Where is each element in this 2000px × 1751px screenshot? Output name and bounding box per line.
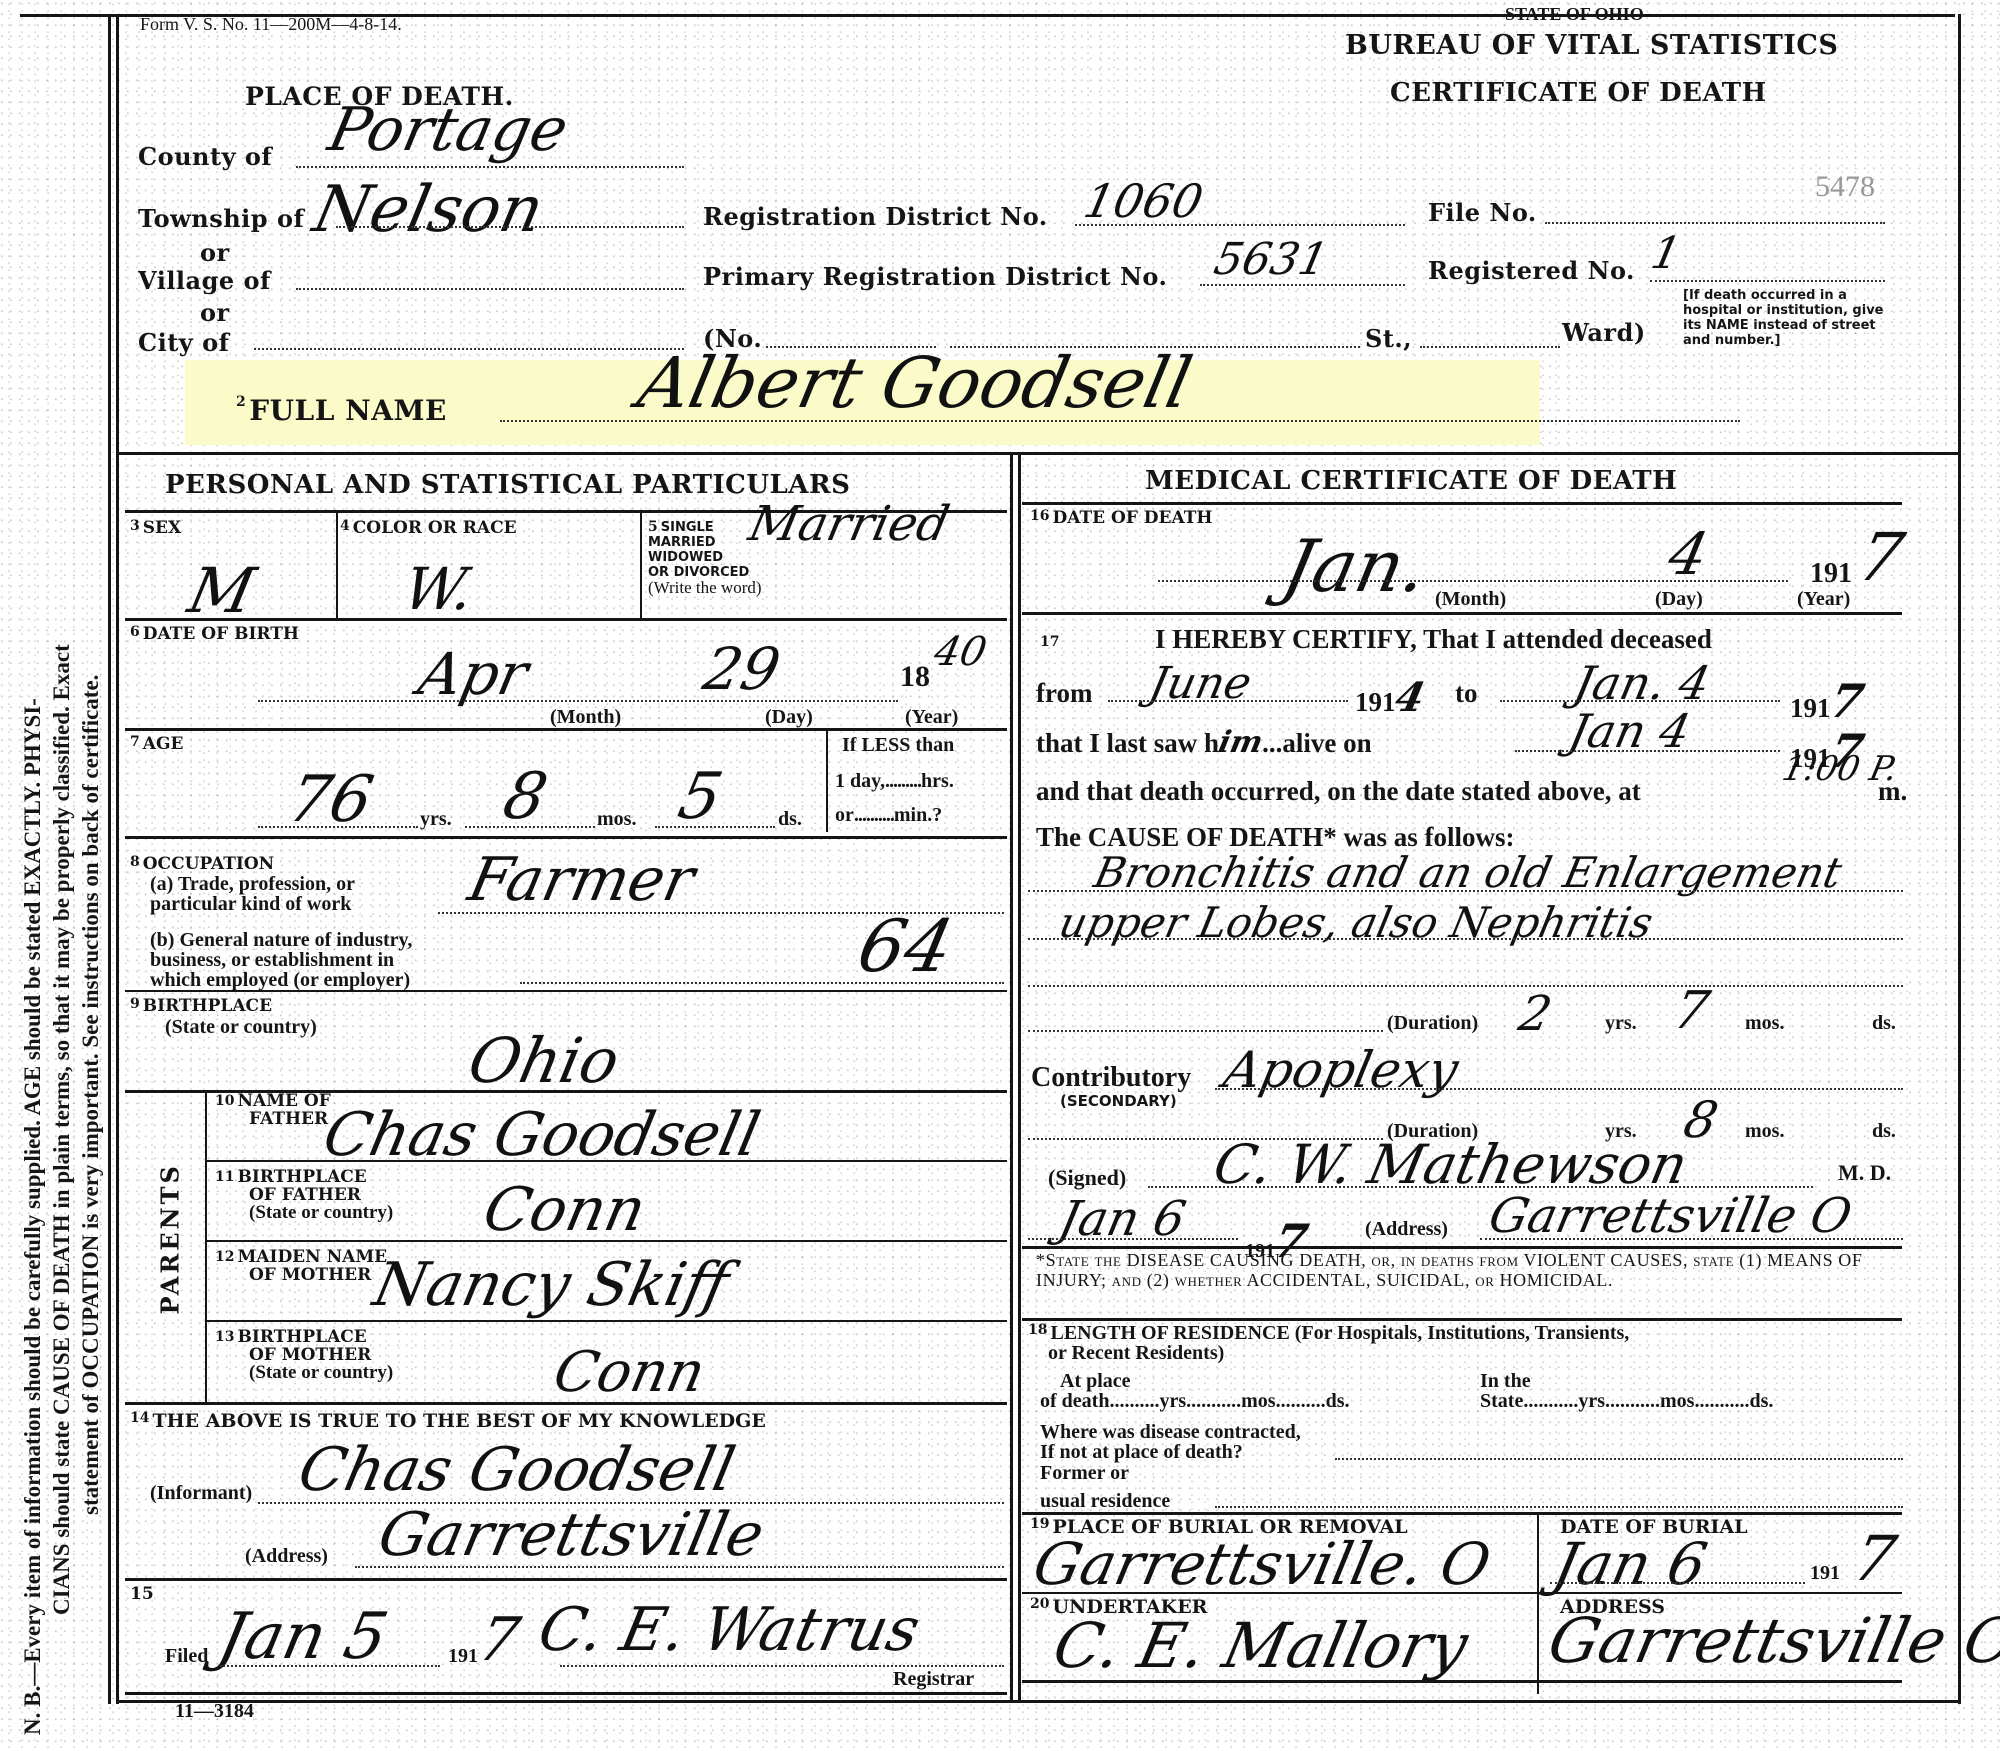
duration-years-value[interactable]: 2 [1515, 990, 1556, 1038]
certificate-title: CERTIFICATE OF DEATH [1390, 78, 1767, 108]
filed-date-value[interactable]: Jan 5 [213, 1605, 393, 1669]
usual-residence-label: usual residence [1040, 1490, 1170, 1513]
age-days-value[interactable]: 5 [673, 765, 727, 829]
street-label: St., [1365, 324, 1412, 353]
mother-name-value[interactable]: Nancy Skiff [369, 1255, 734, 1315]
registered-no-value: 1 [1647, 232, 1684, 276]
bureau-heading: BUREAU OF VITAL STATISTICS [1345, 30, 1838, 61]
occupation-a-value[interactable]: Farmer [464, 850, 700, 910]
to-label: to [1455, 678, 1478, 709]
form-number: Form V. S. No. 11—200M—4-8-14. [140, 14, 402, 35]
undertaker-address-value[interactable]: Garrettsville O [1543, 1610, 2000, 1672]
death-certificate: N. B.—Every item of information should b… [0, 0, 2000, 1751]
registrar-label: Registrar [893, 1668, 974, 1691]
state-heading: STATE OF OHIO [1505, 4, 1644, 25]
dob-day-value[interactable]: 29 [699, 640, 785, 698]
burial-place-value[interactable]: Garrettsville. O [1029, 1535, 1496, 1593]
from-year: 1914 [1355, 678, 1423, 718]
occurred-m: m. [1878, 776, 1907, 807]
age-yrs-caption: yrs. [420, 808, 452, 831]
filed-year-value[interactable]: 7 [474, 1610, 525, 1670]
form-code: 11—3184 [175, 1700, 254, 1723]
dod-year-caption: (Year) [1797, 588, 1850, 611]
dod-year-value[interactable]: 7 [1853, 525, 1909, 591]
informant-address-label: (Address) [245, 1545, 328, 1568]
city-label: City of [138, 328, 229, 357]
father-birthplace-value[interactable]: Conn [479, 1180, 651, 1240]
informant-statement: 14THE ABOVE IS TRUE TO THE BEST OF MY KN… [130, 1410, 766, 1432]
hospital-note: [If death occurred in a hospital or inst… [1683, 288, 1893, 348]
county-label: County of [138, 142, 272, 171]
dod-month-value[interactable]: Jan. [1277, 530, 1433, 602]
contrib-mos-caption: mos. [1745, 1120, 1784, 1143]
signed-address-label: (Address) [1365, 1218, 1448, 1241]
dob-day-caption: (Day) [765, 706, 813, 729]
dod-day-value[interactable]: 4 [1664, 525, 1713, 583]
full-name-value[interactable]: Albert Goodsell [633, 348, 1198, 418]
file-no-label: File No. [1428, 198, 1537, 227]
signed-physician-value[interactable]: C. W. Mathewson [1209, 1138, 1692, 1192]
signed-address-value[interactable]: Garrettsville O [1485, 1192, 1856, 1240]
occurred-text: and that death occurred, on the date sta… [1036, 776, 1641, 807]
to-year: 1917 [1790, 678, 1863, 724]
occupation-b-label: (b) General nature of industry, business… [150, 930, 412, 990]
duration-months-value[interactable]: 7 [1669, 985, 1713, 1037]
full-name-label: 2FULL NAME [236, 394, 447, 427]
parents-side-label: PARENTS [156, 1175, 185, 1315]
registration-district-value: 1060 [1080, 178, 1207, 224]
at-place-death-label: of death..........yrs...........mos.....… [1040, 1390, 1349, 1413]
age-label: 7AGE [130, 734, 183, 754]
contributory-label: Contributory [1031, 1062, 1191, 1094]
from-label: from [1036, 678, 1092, 709]
registrar-value[interactable]: C. E. Watrus [534, 1600, 925, 1660]
center-divider-left [1010, 452, 1013, 1702]
side-instructions: N. B.—Every item of information should b… [18, 5, 105, 1735]
dob-label: 6DATE OF BIRTH [130, 624, 299, 644]
duration-label: (Duration) [1387, 1012, 1478, 1035]
birthplace-label: 9BIRTHPLACE [130, 996, 272, 1016]
informant-label: (Informant) [150, 1482, 252, 1505]
dod-month-caption: (Month) [1435, 588, 1506, 611]
filed-label: Filed [165, 1645, 208, 1668]
township-value: Nelson [308, 178, 549, 242]
race-value[interactable]: W. [399, 560, 479, 618]
marital-status-value[interactable]: Married [745, 500, 953, 548]
registered-no-label: Registered No. [1428, 256, 1635, 285]
duration-ds-caption: ds. [1872, 1012, 1896, 1035]
father-name-value[interactable]: Chas Goodsell [319, 1105, 765, 1165]
certify-number: 17 [1040, 634, 1059, 650]
cause-footnote: *State the DISEASE CAUSING DEATH, or, in… [1036, 1250, 1906, 1290]
mother-birthplace-value[interactable]: Conn [549, 1345, 710, 1401]
file-no-value: 5478 [1815, 170, 1875, 204]
age-ds-caption: ds. [778, 808, 802, 831]
or-min-label: or..........min.? [835, 804, 942, 827]
less-than-label: If LESS than [842, 734, 954, 757]
township-label: Township of [138, 204, 304, 233]
ward-label: Ward) [1562, 318, 1646, 347]
county-value: Portage [324, 100, 573, 160]
birthplace-value[interactable]: Ohio [463, 1030, 624, 1092]
one-day-label: 1 day,.........hrs. [835, 770, 954, 793]
occupation-code: 64 [852, 910, 959, 982]
informant-value[interactable]: Chas Goodsell [294, 1440, 740, 1500]
age-mos-caption: mos. [597, 808, 636, 831]
cause-line-1-value[interactable]: Bronchitis and an old Enlargement [1091, 852, 1846, 894]
medical-heading: MEDICAL CERTIFICATE OF DEATH [1145, 466, 1677, 496]
signed-date-value[interactable]: Jan 6 [1055, 1195, 1190, 1243]
marital-options: 5SINGLE MARRIED WIDOWED OR DIVORCED (Wri… [648, 520, 762, 597]
dob-year-prefix: 18 [900, 660, 930, 694]
contrib-ds-caption: ds. [1872, 1120, 1896, 1143]
occupation-label: 8OCCUPATION [130, 854, 274, 874]
residence-heading-2: or Recent Residents) [1048, 1342, 1224, 1365]
dob-month-caption: (Month) [550, 706, 621, 729]
burial-year-value[interactable]: 7 [1848, 1528, 1901, 1590]
undertaker-value[interactable]: C. E. Mallory [1048, 1615, 1473, 1677]
side-instruction-line-3: statement of OCCUPATION is very importan… [76, 5, 105, 1735]
primary-district-label: Primary Registration District No. [703, 262, 1167, 291]
side-instruction-line-1: N. B.—Every item of information should b… [18, 5, 47, 1735]
contracted-label: Where was disease contracted, If not at … [1040, 1422, 1301, 1462]
former-label: Former or [1040, 1462, 1129, 1485]
frame-right [1958, 14, 1961, 1704]
dod-label: 16DATE OF DEATH [1030, 508, 1212, 528]
mother-name-label: 12MAIDEN NAME OF MOTHER [215, 1248, 387, 1284]
dob-year-value[interactable]: 40 [931, 632, 990, 672]
personal-heading: PERSONAL AND STATISTICAL PARTICULARS [165, 470, 850, 500]
side-instruction-line-2: CIANS should state CAUSE OF DEATH in pla… [47, 5, 76, 1735]
burial-year-prefix: 191 [1810, 1562, 1840, 1585]
informant-address-value[interactable]: Garrettsville [374, 1505, 769, 1565]
primary-district-value: 5631 [1210, 238, 1331, 282]
secondary-label: (SECONDARY) [1060, 1094, 1177, 1109]
duration-yrs-caption: yrs. [1605, 1012, 1637, 1035]
or-label-2: or [200, 298, 230, 327]
dob-year-caption: (Year) [905, 706, 958, 729]
occupation-a-label: (a) Trade, profession, or particular kin… [150, 874, 355, 914]
age-months-value[interactable]: 8 [498, 765, 552, 829]
age-years-value[interactable]: 76 [283, 768, 378, 832]
father-birthplace-label: 11BIRTHPLACE OF FATHER (State or country… [215, 1168, 393, 1222]
birthplace-sub: (State or country) [165, 1016, 317, 1039]
village-label: Village of [138, 266, 271, 295]
center-divider-right [1018, 452, 1021, 1702]
sex-label: 3SEX [130, 518, 181, 538]
burial-date-value[interactable]: Jan 6 [1549, 1535, 1712, 1593]
in-state-fields: State...........yrs...........mos.......… [1480, 1390, 1773, 1413]
filed-year-prefix: 191 [448, 1645, 478, 1668]
md-label: M. D. [1838, 1160, 1891, 1186]
frame-bottom [116, 1700, 1958, 1703]
filing-number: 15 [130, 1584, 154, 1604]
last-saw-value[interactable]: Jan 4 [1565, 708, 1694, 754]
duration-mos-caption: mos. [1745, 1012, 1784, 1035]
race-label: 4COLOR OR RACE [340, 518, 517, 538]
last-saw-label: that I last saw him...alive on [1036, 728, 1372, 759]
dod-year-prefix: 191 [1810, 558, 1852, 590]
or-label-1: or [200, 238, 230, 267]
certify-text: I HEREBY CERTIFY, That I attended deceas… [1155, 624, 1712, 655]
frame-left-inner [116, 14, 119, 1704]
father-name-label: 10NAME OF FATHER [215, 1092, 331, 1128]
registration-district-label: Registration District No. [703, 202, 1048, 231]
dob-month-value[interactable]: Apr [414, 645, 533, 703]
frame-left-outer [108, 14, 111, 1704]
sex-value[interactable]: M [183, 560, 260, 622]
dod-day-caption: (Day) [1655, 588, 1703, 611]
mother-birthplace-label: 13BIRTHPLACE OF MOTHER (State or country… [215, 1328, 393, 1382]
full-name-divider [116, 452, 1958, 455]
signed-label: (Signed) [1048, 1165, 1126, 1191]
